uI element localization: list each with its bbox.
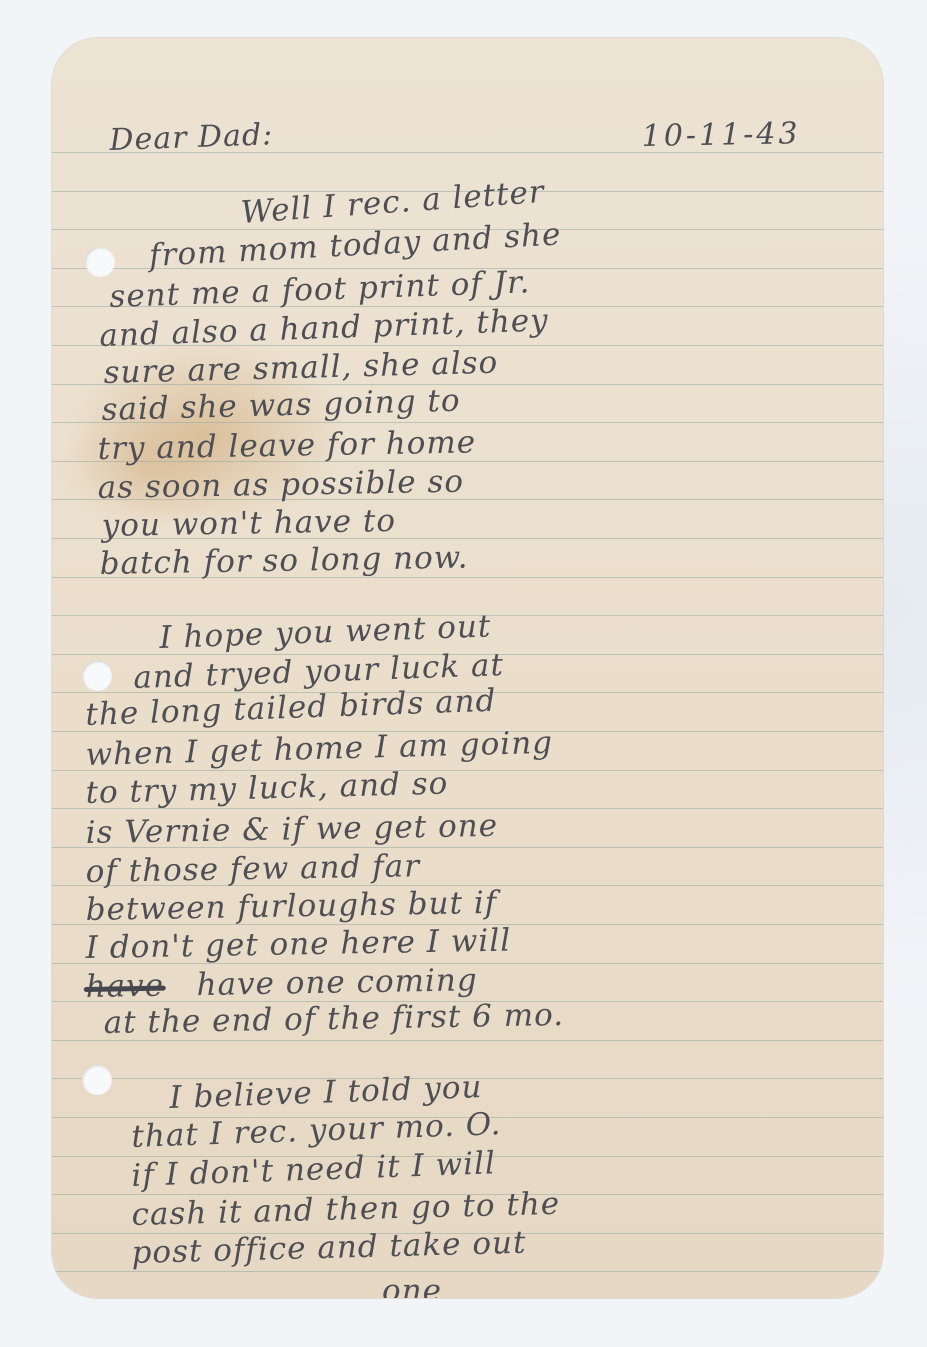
letter-page: Dear Dad: 10-11-43 Well I rec. a letter … <box>52 38 883 1298</box>
letter-line: at the end of the first 6 mo. <box>103 1000 564 1039</box>
letter-line: one <box>382 1276 442 1298</box>
letter-line: you won't have to <box>101 506 396 542</box>
letter-date: 10-11-43 <box>641 119 800 152</box>
ruled-line <box>52 1271 883 1272</box>
letter-line-text: have one coming <box>196 962 478 1003</box>
letter-line-with-strikeout: have have one coming <box>85 965 478 1003</box>
letter-line: of those few and far <box>85 851 420 888</box>
punch-hole-top <box>85 247 115 277</box>
letter-line: is Vernie & if we get one <box>85 811 498 849</box>
letter-line: if I don't need it I will <box>131 1148 496 1192</box>
letter-line: try and leave for home <box>97 427 476 465</box>
punch-hole-bottom <box>82 1065 112 1095</box>
salutation: Dear Dad: <box>109 120 274 156</box>
punch-hole-middle <box>82 661 112 691</box>
letter-line: from mom today and she <box>148 219 562 272</box>
letter-line: batch for so long now. <box>99 543 468 580</box>
struck-word: have <box>85 971 164 1003</box>
letter-line: between furloughs but if <box>85 888 497 926</box>
letter-line: to try my luck, and so <box>85 769 449 809</box>
letter-line: as soon as possible so <box>97 467 464 504</box>
letter-line: post office and take out <box>131 1228 527 1269</box>
letter-line: said she was going to <box>101 386 461 426</box>
letter-line: I don't get one here I will <box>85 926 511 964</box>
letter-line: when I get home I am going <box>85 728 553 771</box>
ruled-line <box>52 1040 883 1041</box>
letter-line: I hope you went out <box>159 611 492 654</box>
